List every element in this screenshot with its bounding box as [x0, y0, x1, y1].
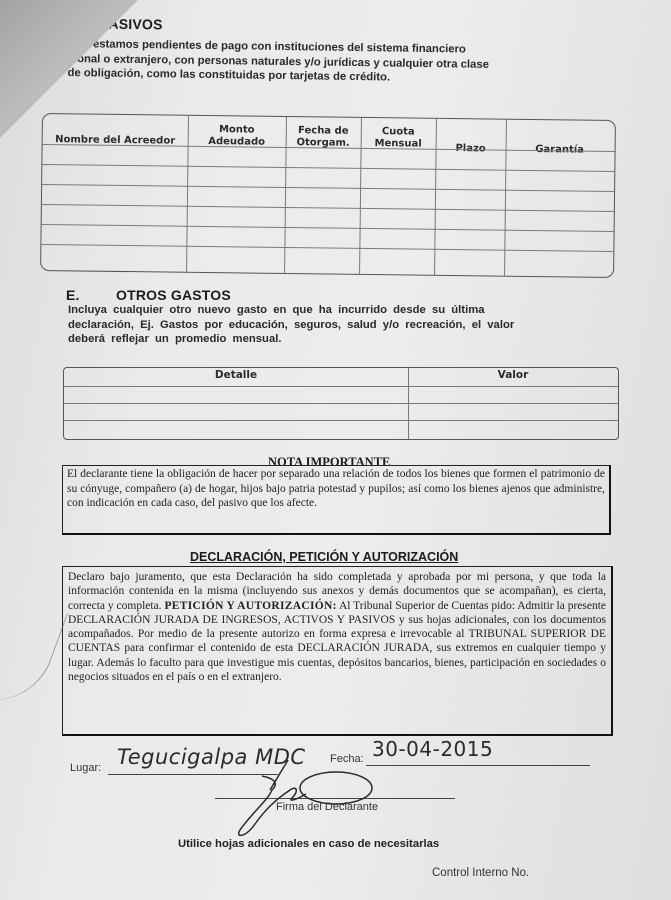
section-otros-gastos-title: OTROS GASTOS	[116, 287, 231, 303]
table-header-cell: Detalle	[64, 369, 408, 385]
lugar-label: Lugar:	[70, 762, 101, 774]
table-row[interactable]	[64, 420, 618, 438]
folded-corner-shade	[0, 0, 150, 150]
signature-scribble-icon	[210, 760, 410, 840]
intro-line: deberá reflejar un promedio mensual.	[68, 332, 514, 347]
otros-gastos-table: DetalleValor	[63, 367, 619, 440]
intro-line: Incluya cualquier otro nuevo gasto en qu…	[68, 303, 514, 318]
paper-crease	[0, 593, 68, 717]
section-e-letter: E.	[66, 287, 80, 303]
nota-importante-text: El declarante tiene la obligación de hac…	[62, 465, 611, 535]
declaration-form-page: PASIVOS ar préstamos pendientes de pago …	[0, 0, 671, 900]
peticion-heading: PETICIÓN Y AUTORIZACIÓN:	[164, 600, 336, 612]
fecha-value[interactable]: 30-04-2015	[372, 737, 493, 761]
table-row[interactable]	[64, 386, 618, 404]
intro-line: declaración, Ej. Gastos por educación, s…	[68, 318, 514, 333]
declaracion-part2: Al Tribunal Superior de Cuentas pido: Ad…	[68, 600, 606, 683]
table-header-cell: Valor	[408, 369, 618, 385]
table-row[interactable]	[64, 403, 618, 421]
declaracion-text: Declaro bajo juramento, que esta Declara…	[62, 566, 613, 736]
declaracion-title: DECLARACIÓN, PETICIÓN Y AUTORIZACIÓN	[190, 550, 458, 564]
section-otros-gastos-intro: Incluya cualquier otro nuevo gasto en qu…	[68, 303, 514, 347]
control-interno-label: Control Interno No.	[432, 867, 529, 879]
